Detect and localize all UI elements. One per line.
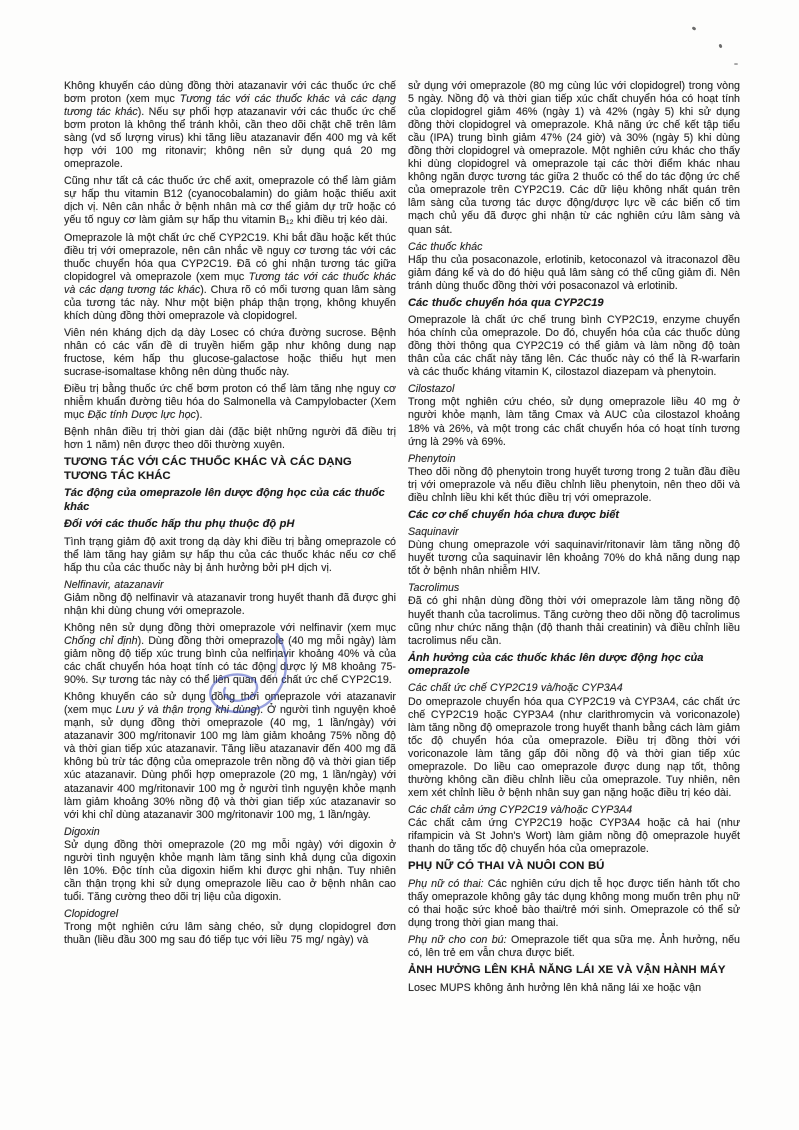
drug-name-label: Tacrolimus (408, 582, 740, 595)
drug-name-label: Phenytoin (408, 453, 740, 466)
section-heading: ẢNH HƯỞNG LÊN KHẢ NĂNG LÁI XE VÀ VẬN HÀN… (408, 964, 740, 978)
paragraph: Sử dụng đồng thời omeprazole (20 mg mỗi … (64, 839, 396, 904)
drug-name-label: Cilostazol (408, 383, 740, 396)
paragraph: Losec MUPS không ảnh hưởng lên khả năng … (408, 982, 740, 995)
paragraph: Không khuyến cáo sử dụng đồng thời omepr… (64, 691, 396, 821)
paragraph: Omeprazole là chất ức chế trung bình CYP… (408, 314, 740, 379)
paragraph: Trong một nghiên cứu lâm sàng chéo, sử d… (64, 921, 396, 947)
paragraph: Phụ nữ cho con bú: Omeprazole tiết qua s… (408, 934, 740, 960)
scan-speck (734, 63, 738, 65)
paragraph: Dùng chung omeprazole với saquinavir/rit… (408, 539, 740, 578)
drug-name-label: Các chất ức chế CYP2C19 và/hoặc CYP3A4 (408, 682, 740, 695)
column-right: sử dụng với omeprazole (80 mg cùng lúc v… (408, 80, 740, 999)
page-columns: Không khuyến cáo dùng đồng thời atazanav… (64, 80, 740, 999)
paragraph: Viên nén kháng dịch dạ dày Losec có chứa… (64, 327, 396, 379)
paragraph: Tình trạng giảm độ axit trong dạ dày khi… (64, 536, 396, 575)
section-heading: TƯƠNG TÁC VỚI CÁC THUỐC KHÁC VÀ CÁC DẠNG… (64, 456, 396, 483)
paragraph: Trong một nghiên cứu chéo, sử dụng omepr… (408, 396, 740, 448)
drug-name-label: Các thuốc khác (408, 241, 740, 254)
paragraph: Omeprazole là một chất ức chế CYP2C19. K… (64, 232, 396, 323)
paragraph: Cũng như tất cả các thuốc ức chế axit, o… (64, 175, 396, 227)
subsection-heading: Ảnh hưởng của các thuốc khác lên dược độ… (408, 652, 740, 679)
drug-name-label: Các chất cảm ứng CYP2C19 và/hoặc CYP3A4 (408, 804, 740, 817)
paragraph: Do omeprazole chuyển hóa qua CYP2C19 và … (408, 696, 740, 800)
leaflet-page: Không khuyến cáo dùng đồng thời atazanav… (0, 0, 799, 1130)
paragraph: Đã có ghi nhận dùng đồng thời với omepra… (408, 595, 740, 647)
drug-name-label: Saquinavir (408, 526, 740, 539)
paragraph: Các chất cảm ứng CYP2C19 hoặc CYP3A4 hoặ… (408, 817, 740, 856)
paragraph: Phụ nữ có thai: Các nghiên cứu dịch tễ h… (408, 878, 740, 930)
column-left: Không khuyến cáo dùng đồng thời atazanav… (64, 80, 396, 999)
scan-speck (692, 26, 697, 31)
subsection-heading: Các thuốc chuyển hóa qua CYP2C19 (408, 297, 740, 310)
drug-name-label: Nelfinavir, atazanavir (64, 579, 396, 592)
paragraph: Giảm nồng độ nelfinavir và atazanavir tr… (64, 592, 396, 618)
subsection-heading: Tác động của omeprazole lên dược động họ… (64, 487, 396, 514)
drug-name-label: Digoxin (64, 826, 396, 839)
paragraph: Điều trị bằng thuốc ức chế bơm proton có… (64, 383, 396, 422)
paragraph: Không khuyến cáo dùng đồng thời atazanav… (64, 80, 396, 171)
subsection-heading: Các cơ chế chuyển hóa chưa được biết (408, 509, 740, 522)
paragraph: Không nên sử dụng đồng thời omeprazole v… (64, 622, 396, 687)
paragraph: sử dụng với omeprazole (80 mg cùng lúc v… (408, 80, 740, 237)
paragraph: Bệnh nhân điều trị thời gian dài (đặc bi… (64, 426, 396, 452)
paragraph: Theo dõi nồng độ phenytoin trong huyết t… (408, 466, 740, 505)
subsection-heading: Đối với các thuốc hấp thu phụ thuộc độ p… (64, 518, 396, 531)
scan-speck (718, 44, 722, 49)
paragraph: Hấp thu của posaconazole, erlotinib, ket… (408, 254, 740, 293)
section-heading: PHỤ NỮ CÓ THAI VÀ NUÔI CON BÚ (408, 860, 740, 874)
drug-name-label: Clopidogrel (64, 908, 396, 921)
